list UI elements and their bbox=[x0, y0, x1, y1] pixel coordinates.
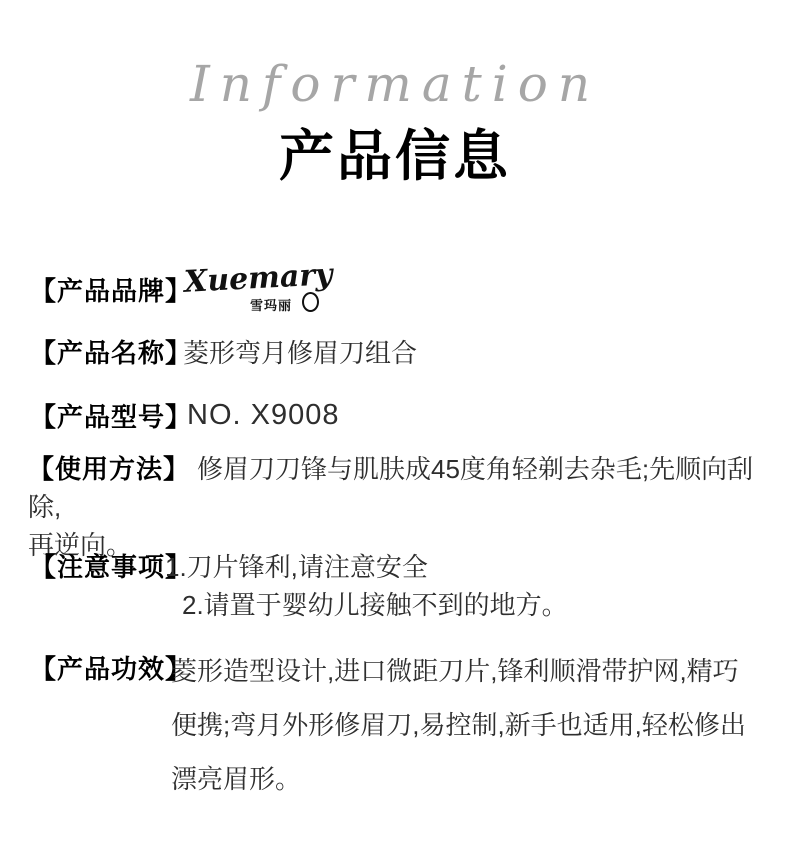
model-row-label: 【产品型号】 bbox=[30, 398, 192, 436]
page-title: 产品信息 bbox=[0, 124, 790, 188]
effect-line-1: 菱形造型设计,进口微距刀片,锋利顺滑带护网,精巧 bbox=[171, 651, 739, 691]
notes-line-2: 2.请置于婴幼儿接触不到的地方。 bbox=[182, 586, 568, 624]
brand-row-label: 【产品品牌】 bbox=[30, 272, 192, 310]
brand-logo: Xuemary 雪玛丽 bbox=[184, 262, 324, 314]
model-row-value: NO. X9008 bbox=[187, 396, 339, 434]
effect-line-2: 便携;弯月外形修眉刀,易控制,新手也适用,轻松修出 bbox=[171, 705, 746, 745]
brand-logo-flourish-icon bbox=[302, 292, 319, 312]
notes-line-1: 1.刀片锋利,请注意安全 bbox=[165, 548, 428, 586]
usage-line-1: 【使用方法】修眉刀刀锋与肌肤成45度角轻剃去杂毛;先顺向刮除, bbox=[28, 450, 768, 526]
usage-row: 【使用方法】修眉刀刀锋与肌肤成45度角轻剃去杂毛;先顺向刮除, 再逆向。 bbox=[28, 450, 768, 564]
brand-logo-cjk-text: 雪玛丽 bbox=[250, 295, 292, 314]
effect-line-3: 漂亮眉形。 bbox=[171, 759, 301, 799]
product-info-page: Information 产品信息 【产品品牌】 Xuemary 雪玛丽 【产品名… bbox=[0, 0, 790, 858]
effect-row-label: 【产品功效】 bbox=[30, 650, 192, 688]
name-row-label: 【产品名称】 bbox=[30, 334, 192, 372]
header-script-title: Information bbox=[0, 48, 790, 120]
usage-row-label: 【使用方法】 bbox=[28, 454, 190, 484]
name-row-value: 菱形弯月修眉刀组合 bbox=[183, 334, 417, 372]
